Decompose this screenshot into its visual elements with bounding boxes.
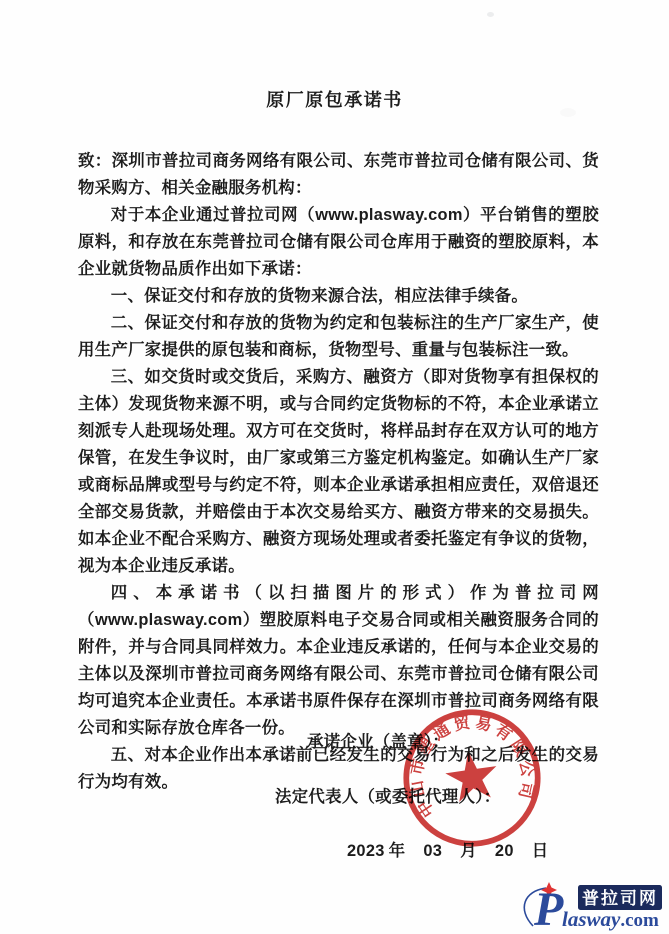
logo-lasway-text: lasway <box>562 907 621 931</box>
date-year-unit: 年 <box>389 842 406 860</box>
svg-text:lasway.com: lasway.com <box>562 907 659 931</box>
logo-cn-text: 普拉司网 <box>582 888 658 908</box>
date-line: 2023年03月20日 <box>343 837 548 861</box>
plasway-logo: 普拉司网 P lasway.com <box>516 881 666 931</box>
document-body: 致：深圳市普拉司商务网络有限公司、东莞市普拉司仓储有限公司、货物采购方、相关金融… <box>78 148 599 796</box>
date-month-unit: 月 <box>460 842 477 860</box>
date-day-unit: 日 <box>532 842 549 860</box>
scan-artifact <box>560 108 576 117</box>
date-month: 03 <box>423 842 442 860</box>
commitment-item-4: 四、本承诺书（以扫描图片的形式）作为普拉司网（www.plasway.com）塑… <box>78 580 599 742</box>
commitment-item-2: 二、保证交付和存放的货物为约定和包装标注的生产厂家生产，使用生产厂家提供的原包装… <box>78 310 599 364</box>
intro-paragraph: 对于本企业通过普拉司网（www.plasway.com）平台销售的塑胶原料，和存… <box>78 202 599 283</box>
scan-artifact <box>487 12 494 17</box>
commitment-item-1: 一、保证交付和存放的货物来源合法，相应法律手续备。 <box>78 283 599 310</box>
date-year: 2023 <box>347 842 385 860</box>
company-seal-label: 承诺企业（盖章）： <box>307 728 449 752</box>
logo-dotcom-text: .com <box>620 910 659 931</box>
addressee-paragraph: 致：深圳市普拉司商务网络有限公司、东莞市普拉司仓储有限公司、货物采购方、相关金融… <box>78 148 599 202</box>
legal-representative-label: 法定代表人（或委托代理人）： <box>275 783 500 807</box>
logo-p-letter: P <box>533 883 564 931</box>
document-page: 原厂原包承诺书 致：深圳市普拉司商务网络有限公司、东莞市普拉司仓储有限公司、货物… <box>0 0 669 934</box>
commitment-item-3: 三、如交货时或交货后，采购方、融资方（即对货物享有担保权的主体）发现货物来源不明… <box>78 364 599 580</box>
date-day: 20 <box>495 842 514 860</box>
document-title: 原厂原包承诺书 <box>0 0 669 112</box>
